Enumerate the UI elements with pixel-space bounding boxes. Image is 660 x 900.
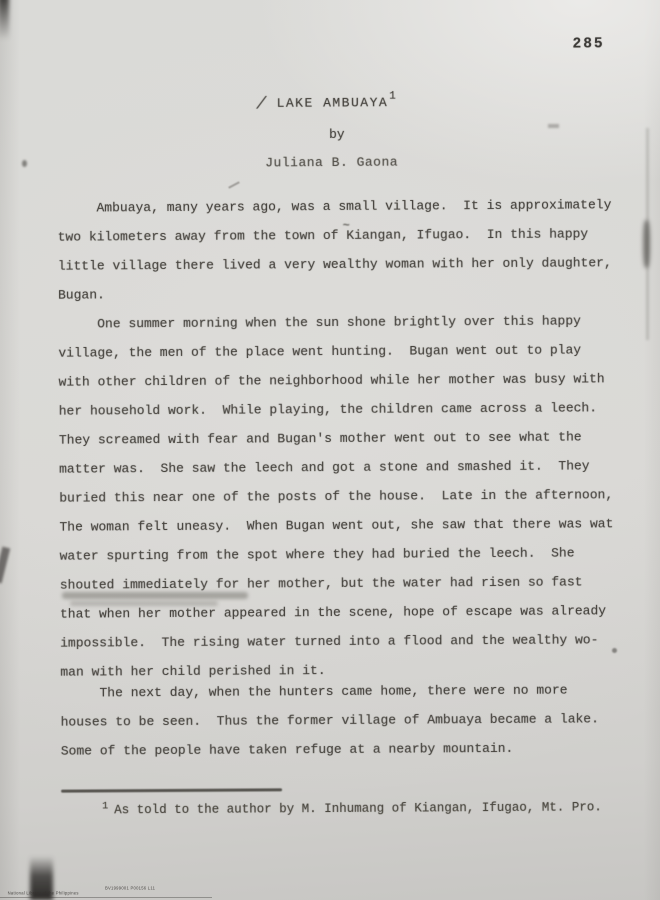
page-title: LAKE AMBUAYA [277, 95, 389, 111]
paragraph-2: One summer morning when the sun shone br… [58, 313, 614, 693]
title-footnote-ref: 1 [389, 91, 397, 103]
paragraph-3: The next day, when the hunters came home… [60, 682, 599, 772]
footnote-text: As told to the author by M. Inhumang of … [114, 801, 602, 818]
typed-line: little village there lived a very wealth… [58, 255, 612, 287]
typed-line: shouted immediately for her mother, but … [60, 574, 614, 606]
title-row: /LAKE AMBUAYA1 [256, 93, 397, 115]
paragraph-1: Ambuaya, many years ago, was a small vil… [57, 197, 612, 316]
footnote-ref: 1 [102, 801, 108, 812]
typed-line: houses to be seen. Thus the former villa… [61, 711, 599, 743]
typed-line: water spurting from the spot where they … [60, 545, 614, 577]
byline: by [329, 127, 345, 142]
typed-line: The woman felt uneasy. When Bugan went o… [59, 516, 613, 548]
typed-line: One summer morning when the sun shone br… [58, 313, 612, 345]
author-name: Juliana B. Gaona [265, 155, 398, 171]
typed-line: The next day, when the hunters came home… [60, 682, 598, 714]
typed-line: Ambuaya, many years ago, was a small vil… [57, 197, 611, 229]
typed-line: matter was. She saw the leech and got a … [59, 458, 613, 490]
pencil-slash-mark: / [254, 96, 270, 115]
typed-line: impossible. The rising water turned into… [60, 632, 614, 664]
page-number: 285 [572, 36, 604, 52]
typed-line: her household work. While playing, the c… [59, 400, 613, 432]
footnote: 1As told to the author by M. Inhumang of… [61, 798, 602, 831]
scanner-footer: National Library of the Philippines BV19… [2, 886, 79, 900]
typed-line: Bugan. [58, 284, 612, 316]
scan-accession-code: BV1999001 P00156 L11 [105, 886, 155, 891]
typed-line: with other children of the neighborhood … [59, 371, 613, 403]
typed-line: two kilometers away from the town of Kia… [58, 226, 612, 258]
library-watermark-text: National Library of the Philippines [8, 891, 79, 896]
typed-layer: 285 /LAKE AMBUAYA1 by Juliana B. Gaona A… [0, 0, 660, 900]
typed-line: that when her mother appeared in the sce… [60, 603, 614, 635]
typed-line: Some of the people have taken refuge at … [61, 740, 599, 772]
scanned-page: 285 /LAKE AMBUAYA1 by Juliana B. Gaona A… [0, 0, 660, 900]
typed-line: buried this near one of the posts of the… [59, 487, 613, 519]
typed-line: village, the men of the place went hunti… [58, 342, 612, 374]
typed-line: They screamed with fear and Bugan's moth… [59, 429, 613, 461]
footnote-separator-line [61, 788, 282, 792]
